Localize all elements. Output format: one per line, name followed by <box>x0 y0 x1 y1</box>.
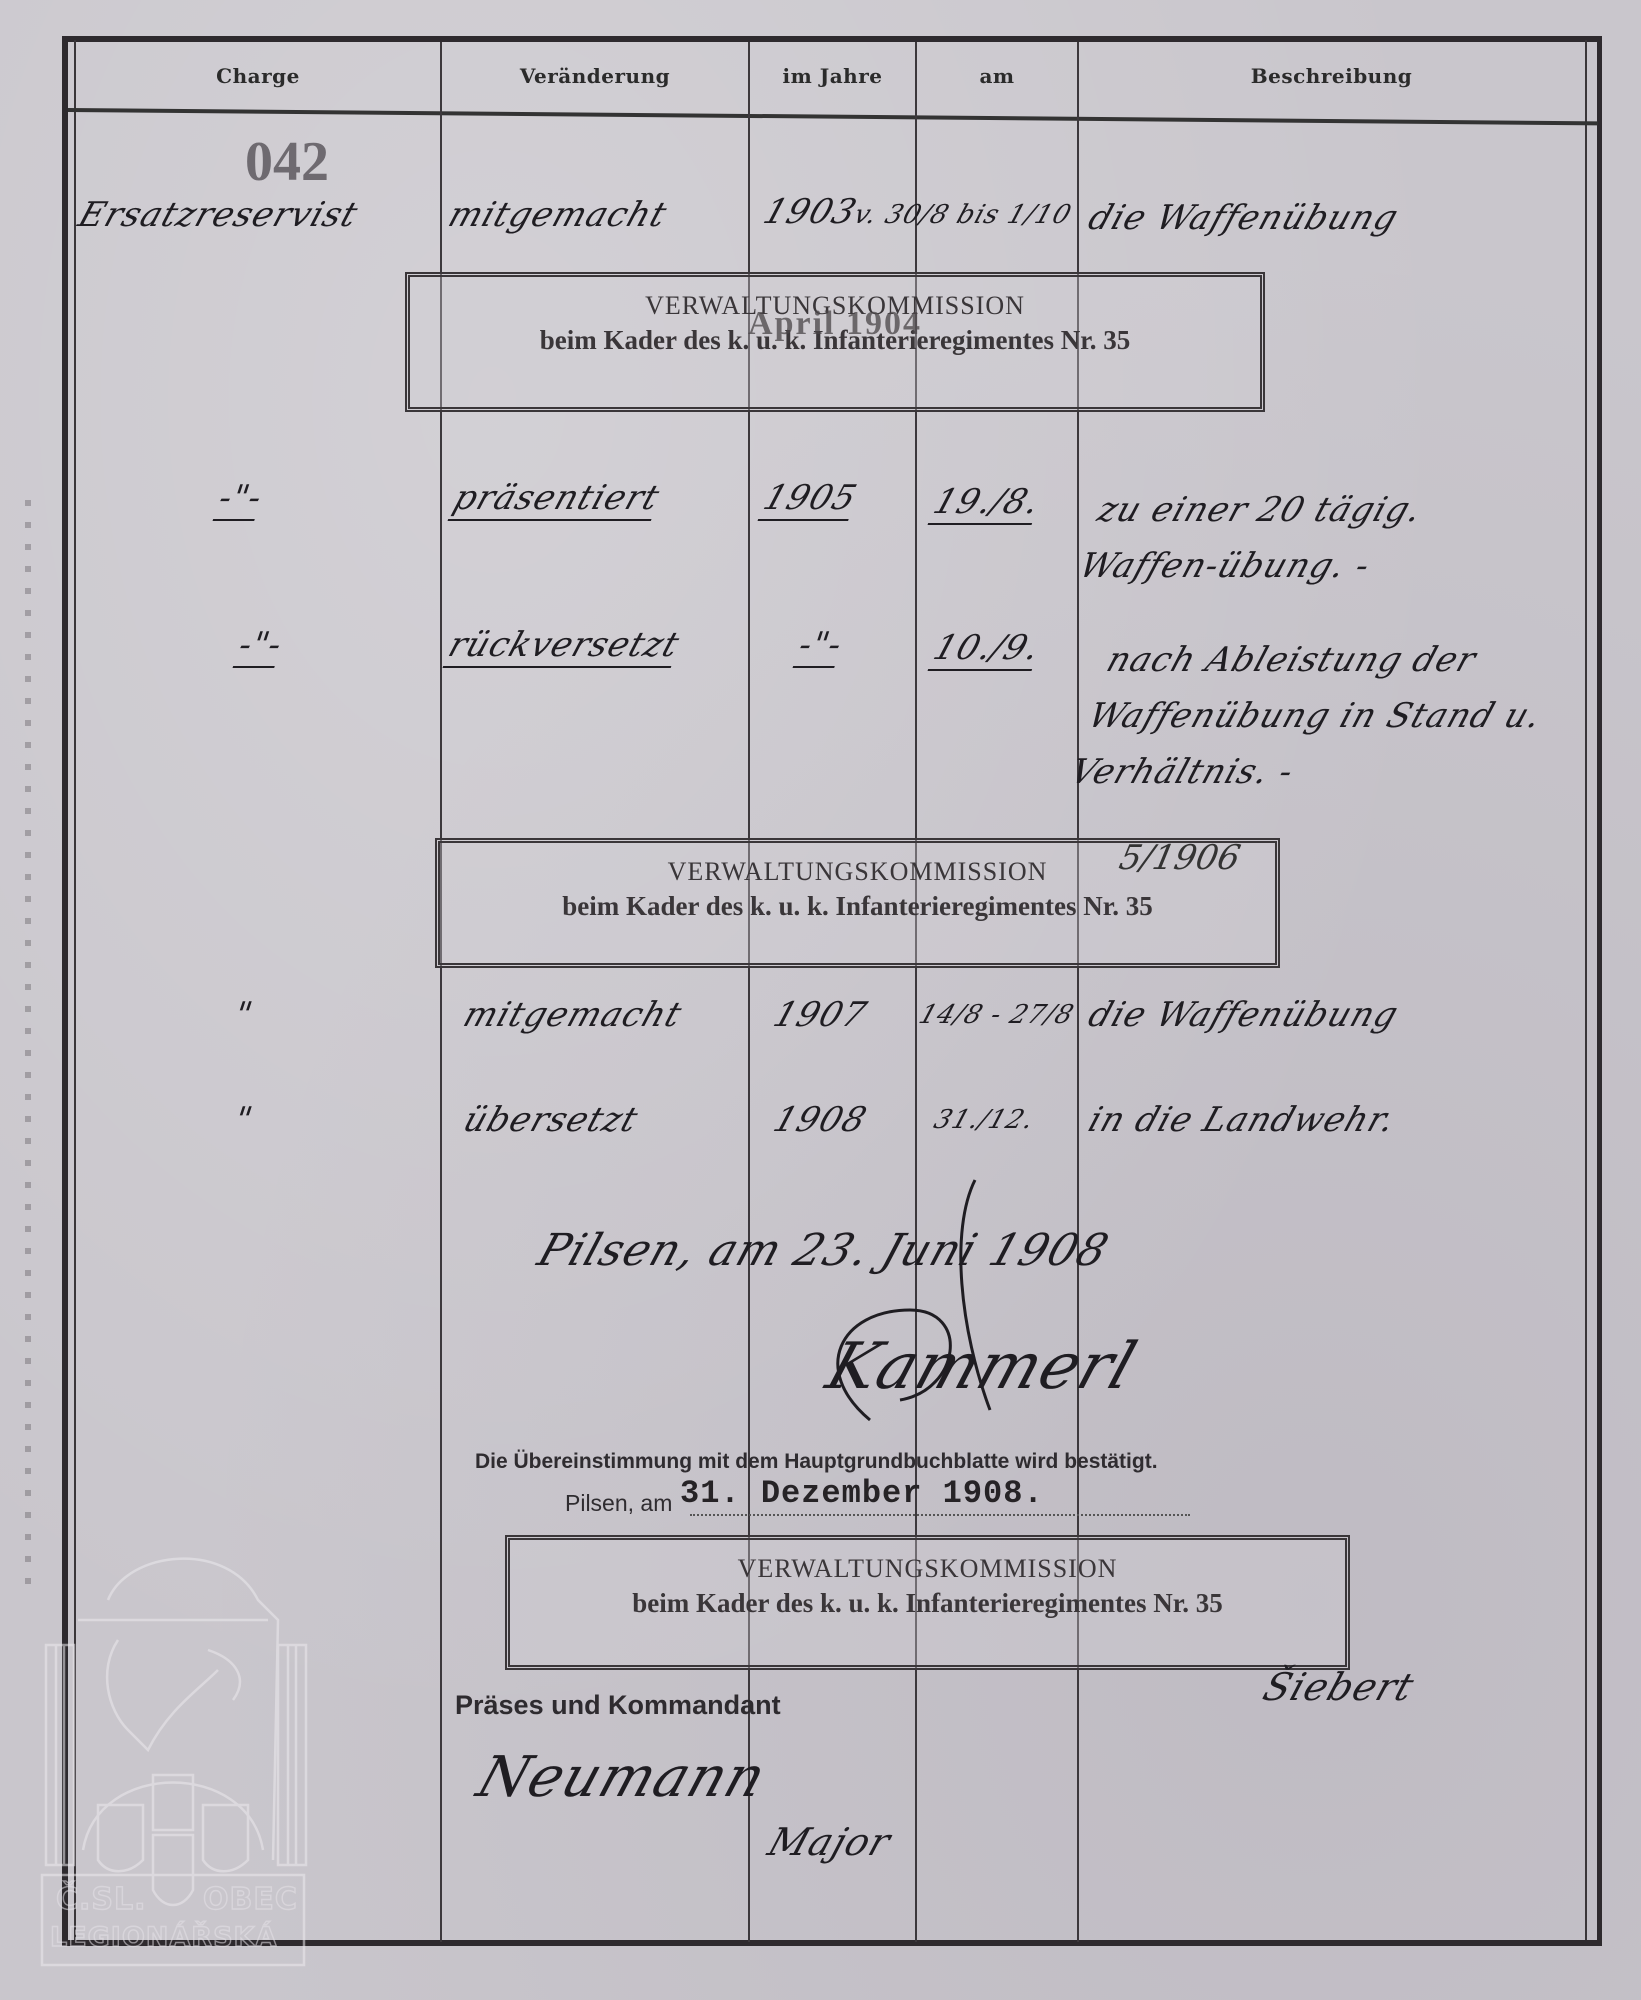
cell-date: v. 30/8 bis 1/10 <box>850 200 1075 230</box>
cell-description: in die Landwehr. <box>1084 1100 1401 1140</box>
cell-change: rückversetzt <box>444 625 685 665</box>
cell-description: die Waffenübung <box>1084 198 1404 238</box>
stamp-subtitle: beim Kader des k. u. k. Infanterieregime… <box>510 1588 1345 1619</box>
signature-presides: Neumann <box>469 1745 774 1810</box>
header-date: am <box>917 56 1077 96</box>
cell-year: 1903 <box>759 192 863 232</box>
document-page: Charge Veränderung im Jahre am Beschreib… <box>0 0 1641 2000</box>
watermark-text-right: OBEC <box>203 1882 298 1917</box>
stamp-handwritten-note: 5/1906 <box>1116 838 1244 878</box>
cell-change: mitgemacht <box>459 995 688 1035</box>
header-change: Veränderung <box>442 56 748 96</box>
header-year: im Jahre <box>750 56 915 96</box>
watermark-text-left: Č.SL. <box>56 1882 147 1917</box>
cell-description: zu einer 20 tägig. Waffen-übung. - <box>1072 482 1578 594</box>
cell-charge: Ersatzreservist <box>74 195 364 235</box>
commission-stamp: VERWALTUNGSKOMMISSION beim Kader des k. … <box>405 272 1265 412</box>
cell-year: 1905 <box>759 478 863 518</box>
cell-date: 10./9. <box>929 628 1046 668</box>
stamp-date-overlay: April 1904 <box>410 305 1260 343</box>
margin-number: 042 <box>245 130 329 194</box>
commission-stamp: VERWALTUNGSKOMMISSION beim Kader des k. … <box>505 1535 1350 1670</box>
stamp-title: VERWALTUNGSKOMMISSION <box>510 1554 1345 1584</box>
header-description: Beschreibung <box>1079 56 1584 96</box>
stamped-date: 31. Dezember 1908. <box>680 1475 1044 1512</box>
cell-change: präsentiert <box>449 478 665 518</box>
frame-inner-rule-right <box>1585 40 1587 1940</box>
cell-date: 19./8. <box>929 482 1046 522</box>
signature-flourish-icon <box>800 1170 1220 1430</box>
watermark-text-bottom: LEGIONÁŘSKÁ <box>50 1922 277 1953</box>
margin-perforation <box>25 500 31 1600</box>
presides-label: Präses und Kommandant <box>455 1690 781 1721</box>
cell-description: die Waffenübung <box>1084 995 1404 1035</box>
cell-year: 1908 <box>769 1100 873 1140</box>
place-label: Pilsen, am <box>565 1490 672 1517</box>
cell-date: 31./12. <box>930 1105 1038 1135</box>
legion-watermark-logo: Č.SL. OBEC LEGIONÁŘSKÁ <box>38 1530 308 1970</box>
header-charge: Charge <box>76 56 440 96</box>
signature-rank: Major <box>763 1820 897 1864</box>
cell-description: nach Ableistung der Waffenübung in Stand… <box>1063 632 1598 800</box>
cell-year: 1907 <box>769 995 873 1035</box>
cell-change: übersetzt <box>459 1100 644 1140</box>
cell-change: mitgemacht <box>444 195 673 235</box>
cell-date: 14/8 - 27/8 <box>915 1000 1078 1030</box>
signature-clerk: Šiebert <box>1258 1665 1420 1709</box>
confirmation-text: Die Übereinstimmung mit dem Hauptgrundbu… <box>475 1450 1158 1474</box>
date-dotted-line <box>690 1514 1190 1516</box>
stamp-subtitle: beim Kader des k. u. k. Infanterieregime… <box>440 891 1275 922</box>
